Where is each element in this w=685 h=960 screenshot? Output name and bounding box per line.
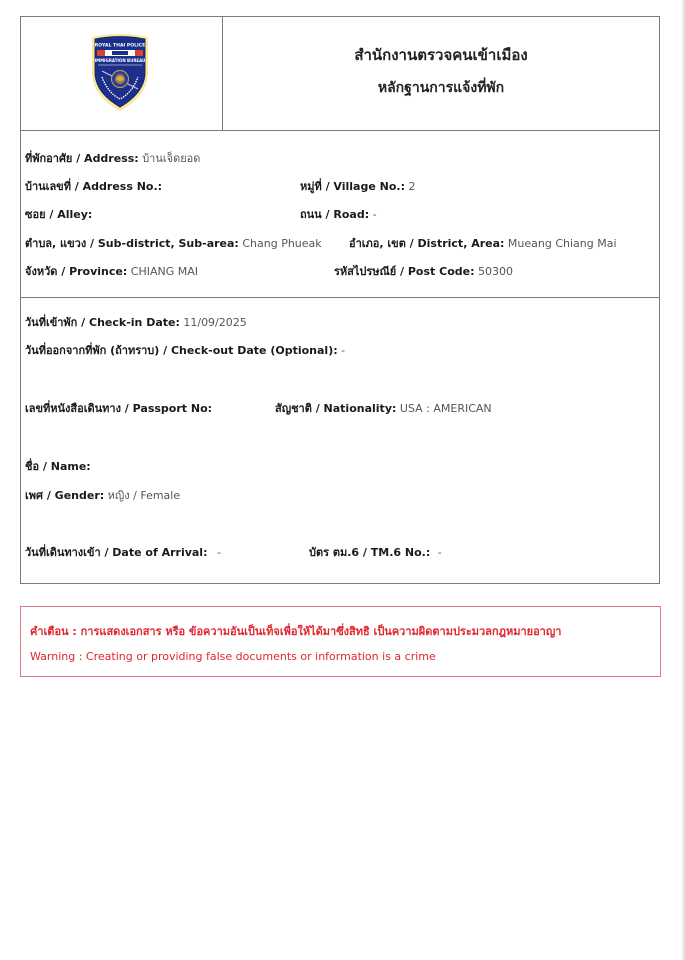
check-in-label: วันที่เข้าพัก / Check-in Date: [25, 316, 180, 329]
district-label: อำเภอ, เขต / District, Area: [349, 237, 504, 250]
svg-text:IMMIGRATION BUREAU: IMMIGRATION BUREAU [95, 58, 146, 63]
district-value: Mueang Chiang Mai [508, 237, 617, 250]
field-alley: ซอย / Alley: [25, 208, 92, 222]
title-cell: สำนักงานตรวจคนเข้าเมือง หลักฐานการแจ้งที… [223, 17, 659, 130]
stay-section: วันที่เข้าพัก / Check-in Date: 11/09/202… [21, 298, 659, 584]
nationality-value: USA : AMERICAN [400, 402, 492, 415]
residence-value: บ้านเจ็ดยอด [142, 152, 200, 165]
warning-text-thai: คำเตือน : การแสดงเอกสาร หรือ ข้อความอันเ… [30, 622, 561, 640]
field-check-out: วันที่ออกจากที่พัก (ถ้าทราบ) / Check-out… [25, 344, 345, 358]
field-passport-no: เลขที่หนังสือเดินทาง / Passport No: [25, 402, 212, 416]
form-header: ROYAL THAI POLICE IMMIGRATION BUREAU สำน… [21, 17, 659, 131]
village-no-value: 2 [409, 180, 416, 193]
field-arrival-date: วันที่เดินทางเข้า / Date of Arrival: - [25, 546, 221, 560]
check-in-value: 11/09/2025 [183, 316, 246, 329]
tm6-no-label: บัตร ตม.6 / TM.6 No.: [309, 546, 430, 559]
tm6-no-value: - [438, 546, 442, 559]
gender-label: เพศ / Gender: [25, 489, 104, 502]
field-check-in: วันที่เข้าพัก / Check-in Date: 11/09/202… [25, 316, 247, 330]
road-label: ถนน / Road: [300, 208, 369, 221]
name-label: ชื่อ / Name: [25, 460, 91, 473]
province-label: จังหวัด / Province: [25, 265, 127, 278]
arrival-date-value: - [217, 546, 221, 559]
check-out-label: วันที่ออกจากที่พัก (ถ้าทราบ) / Check-out… [25, 344, 338, 357]
sub-district-label: ตำบล, แขวง / Sub-district, Sub-area: [25, 237, 239, 250]
accommodation-notification-form: ROYAL THAI POLICE IMMIGRATION BUREAU สำน… [20, 16, 660, 584]
gender-value: หญิง / Female [108, 489, 180, 502]
post-code-label: รหัสไปรษณีย์ / Post Code: [334, 265, 475, 278]
warning-text-english: Warning : Creating or providing false do… [30, 650, 436, 663]
field-district: อำเภอ, เขต / District, Area: Mueang Chia… [349, 237, 617, 251]
post-code-value: 50300 [478, 265, 513, 278]
warning-box: คำเตือน : การแสดงเอกสาร หรือ ข้อความอันเ… [20, 606, 661, 677]
field-sub-district: ตำบล, แขวง / Sub-district, Sub-area: Cha… [25, 237, 322, 251]
office-title: สำนักงานตรวจคนเข้าเมือง [223, 43, 659, 67]
field-name: ชื่อ / Name: [25, 460, 91, 474]
svg-text:ROYAL THAI POLICE: ROYAL THAI POLICE [95, 43, 146, 49]
passport-no-label: เลขที่หนังสือเดินทาง / Passport No: [25, 402, 212, 415]
road-value: - [373, 208, 377, 221]
province-value: CHIANG MAI [131, 265, 198, 278]
check-out-value: - [341, 344, 345, 357]
nationality-label: สัญชาติ / Nationality: [275, 402, 396, 415]
field-gender: เพศ / Gender: หญิง / Female [25, 489, 180, 503]
document-title: หลักฐานการแจ้งที่พัก [223, 77, 659, 99]
field-province: จังหวัด / Province: CHIANG MAI [25, 265, 198, 279]
alley-label: ซอย / Alley: [25, 208, 92, 221]
arrival-date-label: วันที่เดินทางเข้า / Date of Arrival: [25, 546, 207, 559]
residence-label: ที่พักอาศัย / Address: [25, 152, 139, 165]
address-section: ที่พักอาศัย / Address: บ้านเจ็ดยอด บ้านเ… [21, 131, 659, 298]
field-residence: ที่พักอาศัย / Address: บ้านเจ็ดยอด [25, 152, 200, 166]
sub-district-value: Chang Phueak [242, 237, 321, 250]
field-tm6-no: บัตร ตม.6 / TM.6 No.: - [309, 546, 442, 560]
field-road: ถนน / Road: - [300, 208, 377, 222]
logo-cell: ROYAL THAI POLICE IMMIGRATION BUREAU [21, 17, 223, 130]
immigration-bureau-badge-icon: ROYAL THAI POLICE IMMIGRATION BUREAU [88, 31, 152, 113]
field-nationality: สัญชาติ / Nationality: USA : AMERICAN [275, 402, 492, 416]
address-no-label: บ้านเลขที่ / Address No.: [25, 180, 162, 193]
field-address-no: บ้านเลขที่ / Address No.: [25, 180, 162, 194]
field-post-code: รหัสไปรษณีย์ / Post Code: 50300 [334, 265, 513, 279]
field-village-no: หมู่ที่ / Village No.: 2 [300, 180, 416, 194]
village-no-label: หมู่ที่ / Village No.: [300, 180, 405, 193]
